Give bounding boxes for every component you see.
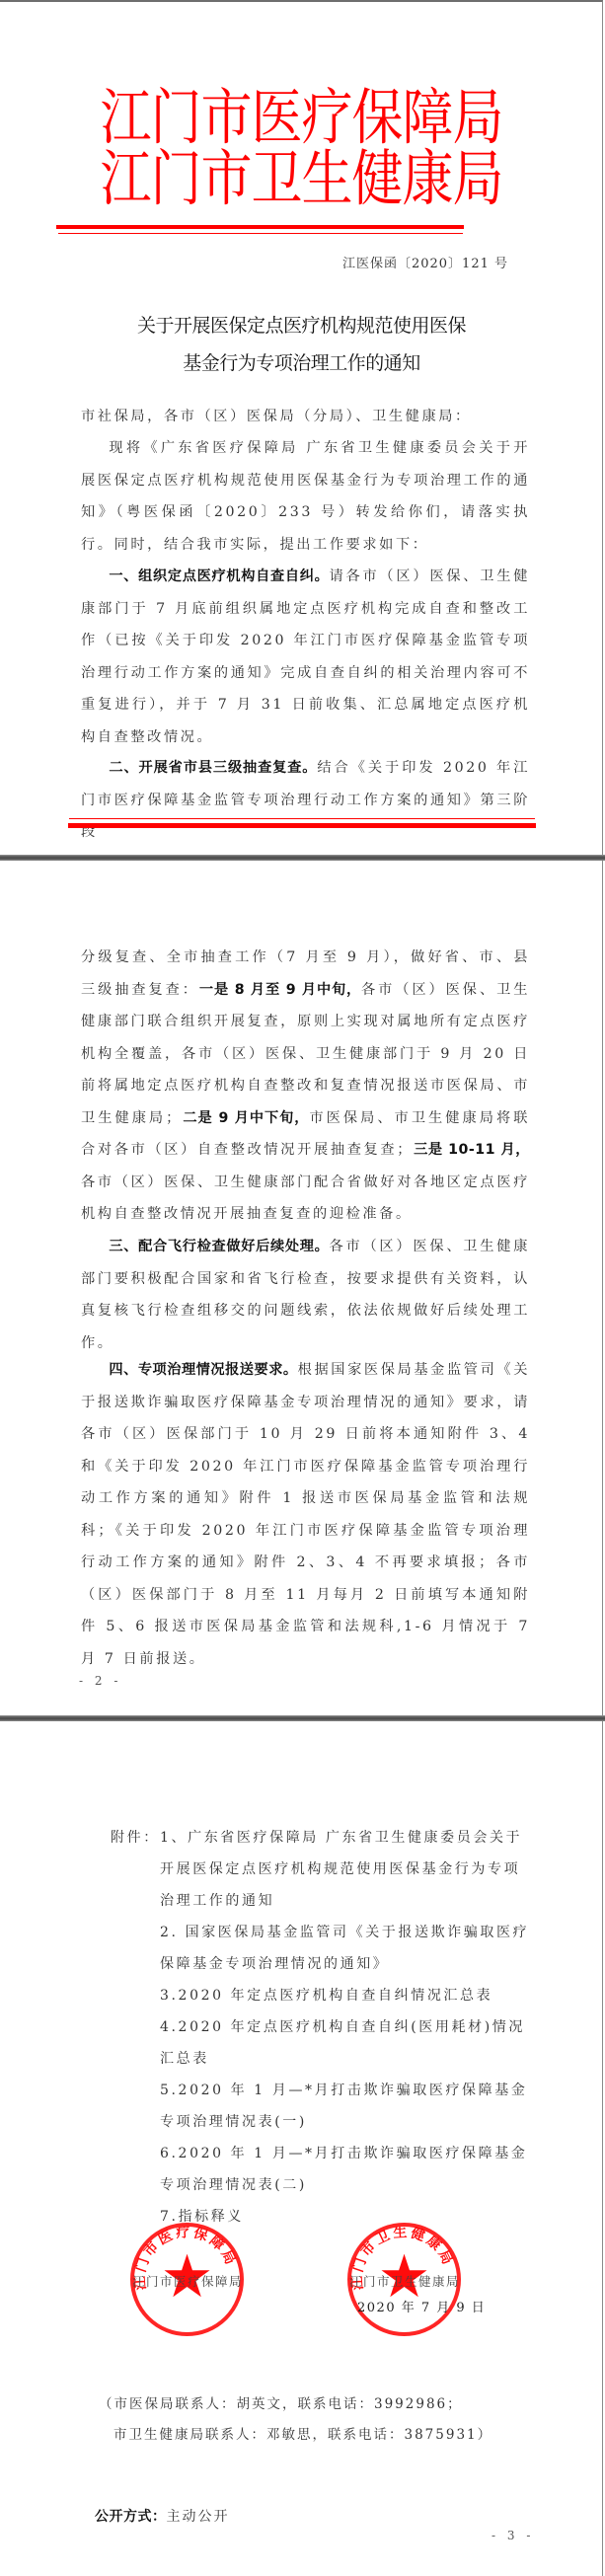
signature-date: 2020 年 7 月 9 日	[357, 2297, 486, 2315]
attachment-item[interactable]: 5.2020 年 1 月—*月打击欺诈骗取医疗保障基金专项治理情况表(一)	[160, 2075, 533, 2138]
attachment-item[interactable]: 4.2020 年定点医疗机构自查自纠(医用耗材)情况汇总表	[160, 2011, 533, 2075]
bottom-red-divider-thin	[69, 818, 535, 819]
document-title-line-2: 基金行为专项治理工作的通知	[0, 347, 603, 379]
document-number: 江医保函〔2020〕121 号	[342, 253, 508, 271]
attachment-item[interactable]: 3.2020 年定点医疗机构自查自纠情况汇总表	[160, 1980, 533, 2011]
section-4-body: 根据国家医保局基金监管司《关于报送欺诈骗取医疗保障基金专项治理情况的通知》要求，…	[81, 1362, 530, 1667]
red-divider-thick	[56, 225, 464, 229]
attachments-label: 附件：	[111, 1822, 160, 1854]
section-1: 一、组织定点医疗机构自查自纠。请各市（区）医保、卫生健康部门于 7 月底前组织属…	[81, 561, 530, 753]
document-viewer[interactable]: 江门市医疗保障局 江门市卫生健康局 江医保函〔2020〕121 号 关于开展医保…	[0, 0, 605, 2576]
section-2-part-1: 二、开展省市县三级抽查复查。结合《关于印发 2020 年江门市医疗保障基金监管专…	[81, 752, 530, 849]
intro-paragraph: 现将《广东省医疗保障局 广东省卫生健康委员会关于开展医保定点医疗机构规范使用医保…	[81, 432, 530, 561]
section-3-heading: 三、配合飞行检查做好后续处理。	[109, 1239, 329, 1254]
contact-line-1: （市医保局联系人：胡英文，联系电话：3992986；	[99, 2392, 463, 2412]
page-1: 江门市医疗保障局 江门市卫生健康局 江医保函〔2020〕121 号 关于开展医保…	[0, 0, 603, 855]
phase-2-label: 二是 9 月中下旬，	[183, 1110, 310, 1126]
section-2-heading: 二、开展省市县三级抽查复查。	[109, 760, 317, 776]
page-3: 附件： 1、广东省医疗保障局 广东省卫生健康委员会关于开展医保定点医疗机构规范使…	[0, 1721, 603, 2576]
signatory-2: 江门市卫生健康局	[349, 2272, 460, 2290]
disclosure-value: 主动公开	[167, 2509, 230, 2525]
letterhead-line-2: 江门市卫生健康局	[0, 150, 603, 209]
red-divider-thin	[58, 233, 463, 234]
page-number-2: - 2 -	[79, 1674, 121, 1688]
disclosure: 公开方式：主动公开	[95, 2506, 230, 2526]
attachment-item[interactable]: 6.2020 年 1 月—*月打击欺诈骗取医疗保障基金专项治理情况表(二)	[160, 2138, 533, 2201]
contact-line-2: 市卫生健康局联系人：邓敏思，联系电话：3875931）	[113, 2423, 492, 2443]
section-2-part-2: 分级复查、全市抽查工作（7 月至 9 月），做好省、市、县三级抽查复查：一是 8…	[81, 942, 530, 1231]
signatory-1: 江门市医疗保障局	[132, 2272, 243, 2290]
section-3-body: 各市（区）医保、卫生健康部门要积极配合国家和省飞行检查，按要求提供有关资料，认真…	[81, 1239, 530, 1351]
document-title-line-1: 关于开展医保定点医疗机构规范使用医保	[0, 310, 603, 341]
page-number-3: - 3 -	[492, 2529, 534, 2542]
addressee: 市社保局，各市（区）医保局（分局）、卫生健康局：	[81, 401, 530, 433]
phase-3-label: 三是 10-11 月，	[414, 1142, 530, 1158]
disclosure-label: 公开方式：	[95, 2509, 167, 2525]
section-3: 三、配合飞行检查做好后续处理。各市（区）医保、卫生健康部门要积极配合国家和省飞行…	[81, 1231, 530, 1359]
phase-1-label: 一是 8 月至 9 月中旬，	[199, 982, 361, 998]
section-1-body: 请各市（区）医保、卫生健康部门于 7 月底前组织属地定点医疗机构完成自查和整改工…	[81, 568, 530, 745]
section-4: 四、专项治理情况报送要求。根据国家医保局基金监管司《关于报送欺诈骗取医疗保障基金…	[81, 1354, 530, 1675]
attachment-item[interactable]: 1、广东省医疗保障局 广东省卫生健康委员会关于开展医保定点医疗机构规范使用医保基…	[160, 1822, 533, 1917]
section-1-heading: 一、组织定点医疗机构自查自纠。	[109, 568, 329, 584]
letterhead-line-1: 江门市医疗保障局	[0, 89, 603, 148]
bottom-red-divider-thick	[68, 823, 536, 828]
attachment-item[interactable]: 2. 国家医保局基金监管司《关于报送欺诈骗取医疗保障基金专项治理情况的通知》	[160, 1917, 533, 1980]
attachments-list: 1、广东省医疗保障局 广东省卫生健康委员会关于开展医保定点医疗机构规范使用医保基…	[160, 1822, 533, 2233]
section-4-heading: 四、专项治理情况报送要求。	[109, 1362, 297, 1378]
page-2: 分级复查、全市抽查工作（7 月至 9 月），做好省、市、县三级抽查复查：一是 8…	[0, 861, 603, 1715]
